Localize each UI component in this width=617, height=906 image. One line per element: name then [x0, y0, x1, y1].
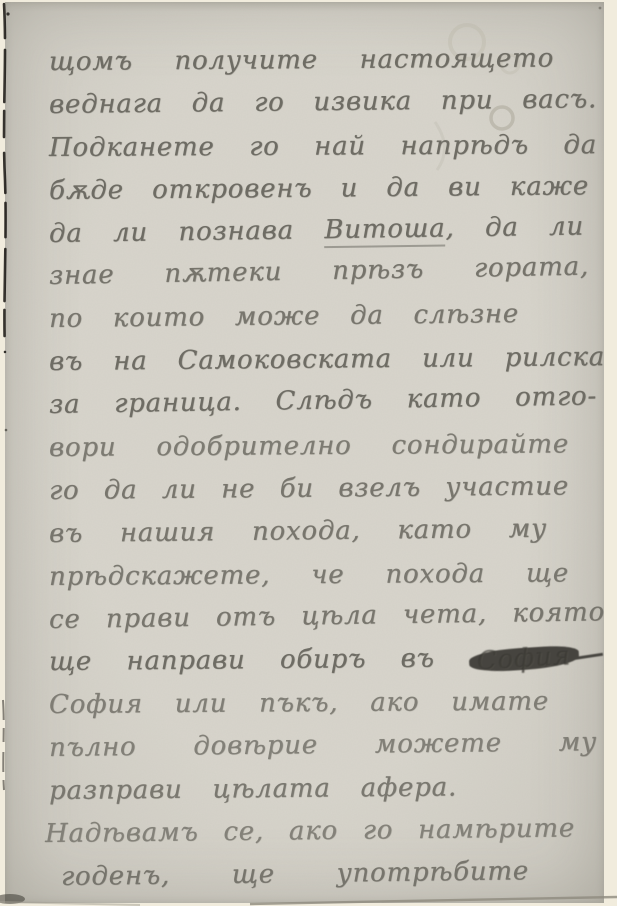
- manuscript-line: Подканете го най напрѣдъ да: [49, 124, 597, 170]
- paper-page: щомъ получите настоящетоведнага да го из…: [5, 2, 604, 903]
- manuscript-line: ще направи обиръ въ София: [49, 637, 579, 685]
- manuscript-line: знае пѫтеки прѣзъ гората,: [49, 246, 590, 298]
- left-edge-mark: [3, 700, 4, 790]
- manuscript-line: щомъ получите настоящето: [49, 37, 554, 83]
- manuscript-line: го да ли не би взелъ участие: [49, 465, 569, 512]
- manuscript-scan: щомъ получите настоящетоведнага да го из…: [0, 0, 617, 906]
- manuscript-line: по които може да слѣзне: [49, 293, 519, 341]
- manuscript-line: вори одобрително сондирайте: [49, 423, 569, 470]
- crossed-out-word: София: [469, 645, 580, 674]
- manuscript-line: бѫде откровенъ и да ви каже: [49, 165, 589, 213]
- manuscript-lines: щомъ получите настоящетоведнага да го из…: [49, 41, 604, 899]
- manuscript-line: разправи цѣлата афера.: [49, 767, 457, 813]
- manuscript-line: за граница. Слѣдъ като отго-: [49, 376, 598, 427]
- manuscript-line: пълно довѣрие можете му: [49, 722, 597, 771]
- manuscript-line: Надѣвамъ се, ако го намѣрите: [45, 807, 575, 855]
- manuscript-line: годенъ, ще употрѣбите: [61, 850, 529, 899]
- manuscript-line: прѣдскажете, че похода ще: [49, 552, 569, 599]
- manuscript-line: София или пъкъ, ако имате: [49, 681, 549, 727]
- manuscript-line: въ нашия похода, като му: [49, 508, 547, 556]
- manuscript-line: се прави отъ цѣла чета, която: [49, 591, 604, 642]
- underlined-word: Витоша: [324, 213, 446, 248]
- manuscript-line: веднага да го извика при васъ.: [49, 78, 597, 127]
